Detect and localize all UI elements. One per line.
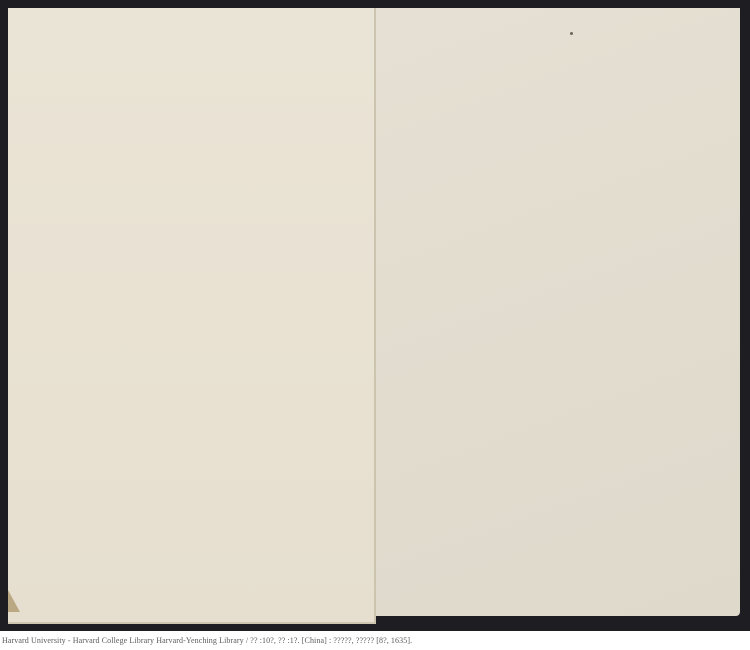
footer: Harvard University - Harvard College Lib… [0,632,750,650]
scan-background [0,0,750,631]
right-page [376,8,740,616]
citation-text: Harvard University - Harvard College Lib… [2,636,412,645]
page-corner-fold [8,590,20,612]
left-page [8,8,374,624]
paper-speck [570,32,573,35]
